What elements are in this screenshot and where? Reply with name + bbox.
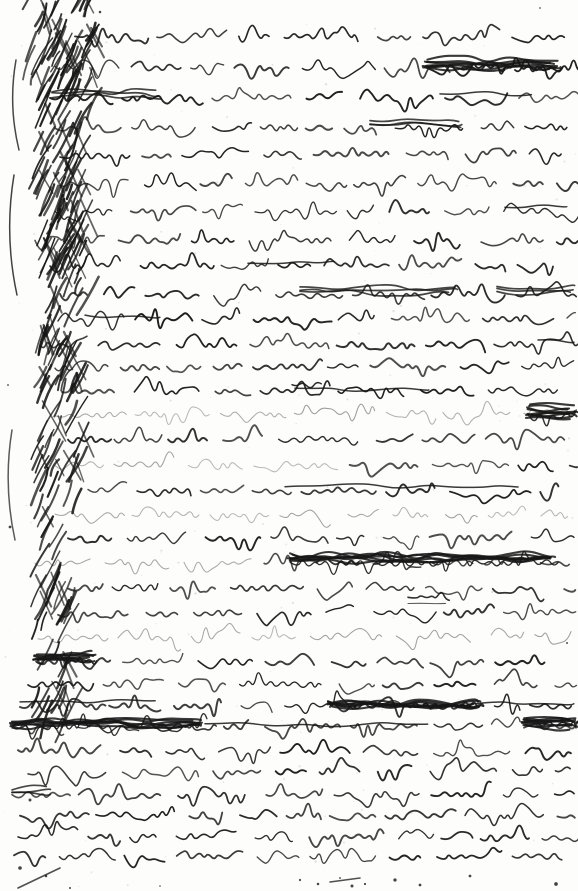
manuscript-page (0, 0, 578, 891)
handwriting-layer (0, 0, 578, 891)
